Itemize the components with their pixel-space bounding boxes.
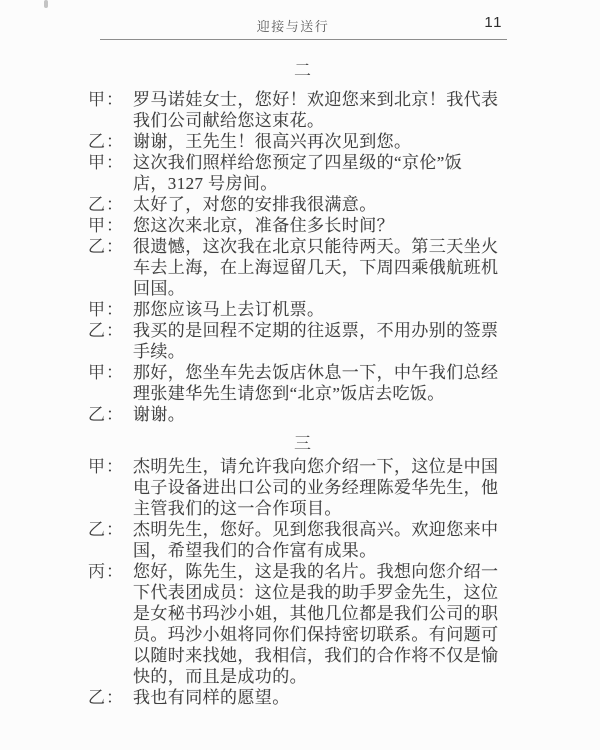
- dialogue-entry: 乙：我也有同样的愿望。: [88, 687, 512, 708]
- dialogue-line: 这次我们照样给您预定了四星级的“京伦”饭: [133, 152, 512, 173]
- speaker-label: 甲：: [88, 456, 133, 477]
- dialogue-line: 我也有同样的愿望。: [133, 687, 512, 708]
- scan-speck: [44, 0, 48, 8]
- dialogue-line: 主管我们的这一合作项目。: [133, 498, 512, 519]
- dialogue-line: 电子设备进出口公司的业务经理陈爱华先生，他: [133, 477, 512, 498]
- speaker-label: 乙：: [88, 519, 133, 540]
- dialogue-line: 手续。: [133, 341, 512, 362]
- section-marker: 三: [91, 433, 515, 454]
- section-marker: 二: [91, 60, 515, 81]
- dialogue-line: 杰明先生，您好。见到您我很高兴。欢迎您来中: [133, 519, 512, 540]
- speaker-label: 乙：: [88, 194, 133, 215]
- dialogue-line: 那好，您坐车先去饭店休息一下，中午我们总经: [133, 362, 512, 383]
- dialogue-line: 我买的是回程不定期的往返票，不用办别的签票: [133, 320, 512, 341]
- speaker-label: 甲：: [88, 215, 133, 236]
- speaker-label: 甲：: [88, 152, 133, 173]
- dialogue-entry: 乙：杰明先生，您好。见到您我很高兴。欢迎您来中国，希望我们的合作富有成果。: [88, 519, 512, 561]
- dialogue-line: 罗马诺娃女士，您好！欢迎您来到北京！我代表: [133, 89, 512, 110]
- dialogue-lines: 您这次来北京，准备住多长时间？: [133, 215, 512, 236]
- dialogue-line: 员。玛沙小姐将同你们保持密切联系。有问题可: [133, 624, 512, 645]
- dialogue-entry: 甲：那您应该马上去订机票。: [88, 299, 512, 320]
- dialogue-line: 店，3127 号房间。: [133, 173, 512, 194]
- dialogue-line: 那您应该马上去订机票。: [133, 299, 512, 320]
- dialogue-entry: 乙：谢谢。: [88, 404, 512, 425]
- dialogue-entry: 乙：太好了，对您的安排我很满意。: [88, 194, 512, 215]
- speaker-label: 乙：: [88, 236, 133, 257]
- speaker-label: 乙：: [88, 320, 133, 341]
- page-header: 迎接与送行 11: [0, 0, 600, 40]
- dialogue-line: 谢谢，王先生！很高兴再次见到您。: [133, 131, 512, 152]
- speaker-label: 甲：: [88, 299, 133, 320]
- dialogue-lines: 那您应该马上去订机票。: [133, 299, 512, 320]
- dialogue-entry: 丙：您好，陈先生，这是我的名片。我想向您介绍一下代表团成员：这位是我的助手罗金先…: [88, 561, 512, 687]
- dialogue-line: 以随时来找她，我相信，我们的合作将不仅是愉: [133, 645, 512, 666]
- dialogue-line: 杰明先生，请允许我向您介绍一下，这位是中国: [133, 456, 512, 477]
- header-rule: [100, 39, 507, 40]
- dialogue-entry: 甲：杰明先生，请允许我向您介绍一下，这位是中国电子设备进出口公司的业务经理陈爱华…: [88, 456, 512, 519]
- dialogue-line: 国，希望我们的合作富有成果。: [133, 540, 512, 561]
- dialogue-line: 谢谢。: [133, 404, 512, 425]
- dialogue-lines: 太好了，对您的安排我很满意。: [133, 194, 512, 215]
- dialogue-entry: 乙：我买的是回程不定期的往返票，不用办别的签票手续。: [88, 320, 512, 362]
- dialogue-line: 太好了，对您的安排我很满意。: [133, 194, 512, 215]
- dialogue-lines: 很遗憾，这次我在北京只能待两天。第三天坐火车去上海，在上海逗留几天，下周四乘俄航…: [133, 236, 512, 299]
- dialogue-section: 三甲：杰明先生，请允许我向您介绍一下，这位是中国电子设备进出口公司的业务经理陈爱…: [88, 433, 512, 708]
- dialogue-content: 二甲：罗马诺娃女士，您好！欢迎您来到北京！我代表我们公司献给您这束花。乙：谢谢，…: [0, 60, 600, 708]
- dialogue-entry: 甲：您这次来北京，准备住多长时间？: [88, 215, 512, 236]
- dialogue-line: 您这次来北京，准备住多长时间？: [133, 215, 512, 236]
- dialogue-line: 您好，陈先生，这是我的名片。我想向您介绍一: [133, 561, 512, 582]
- dialogue-entry: 乙：谢谢，王先生！很高兴再次见到您。: [88, 131, 512, 152]
- dialogue-line: 下代表团成员：这位是我的助手罗金先生，这位: [133, 582, 512, 603]
- dialogue-line: 车去上海，在上海逗留几天，下周四乘俄航班机: [133, 257, 512, 278]
- dialogue-line: 是女秘书玛沙小姐，其他几位都是我们公司的职: [133, 603, 512, 624]
- speaker-label: 甲：: [88, 89, 133, 110]
- speaker-label: 甲：: [88, 362, 133, 383]
- dialogue-entry: 乙：很遗憾，这次我在北京只能待两天。第三天坐火车去上海，在上海逗留几天，下周四乘…: [88, 236, 512, 299]
- dialogue-lines: 我也有同样的愿望。: [133, 687, 512, 708]
- page-number: 11: [484, 14, 503, 31]
- dialogue-lines: 这次我们照样给您预定了四星级的“京伦”饭店，3127 号房间。: [133, 152, 512, 194]
- speaker-label: 乙：: [88, 404, 133, 425]
- dialogue-lines: 杰明先生，您好。见到您我很高兴。欢迎您来中国，希望我们的合作富有成果。: [133, 519, 512, 561]
- dialogue-lines: 您好，陈先生，这是我的名片。我想向您介绍一下代表团成员：这位是我的助手罗金先生，…: [133, 561, 512, 687]
- dialogue-line: 很遗憾，这次我在北京只能待两天。第三天坐火: [133, 236, 512, 257]
- dialogue-line: 理张建华先生请您到“北京”饭店去吃饭。: [133, 383, 512, 404]
- dialogue-lines: 杰明先生，请允许我向您介绍一下，这位是中国电子设备进出口公司的业务经理陈爱华先生…: [133, 456, 512, 519]
- dialogue-line: 我们公司献给您这束花。: [133, 110, 512, 131]
- dialogue-lines: 谢谢，王先生！很高兴再次见到您。: [133, 131, 512, 152]
- dialogue-entry: 甲：罗马诺娃女士，您好！欢迎您来到北京！我代表我们公司献给您这束花。: [88, 89, 512, 131]
- dialogue-section: 二甲：罗马诺娃女士，您好！欢迎您来到北京！我代表我们公司献给您这束花。乙：谢谢，…: [88, 60, 512, 425]
- dialogue-line: 回国。: [133, 278, 512, 299]
- dialogue-lines: 那好，您坐车先去饭店休息一下，中午我们总经理张建华先生请您到“北京”饭店去吃饭。: [133, 362, 512, 404]
- dialogue-lines: 谢谢。: [133, 404, 512, 425]
- book-page: 迎接与送行 11 二甲：罗马诺娃女士，您好！欢迎您来到北京！我代表我们公司献给您…: [0, 0, 600, 750]
- dialogue-entry: 甲：这次我们照样给您预定了四星级的“京伦”饭店，3127 号房间。: [88, 152, 512, 194]
- dialogue-lines: 罗马诺娃女士，您好！欢迎您来到北京！我代表我们公司献给您这束花。: [133, 89, 512, 131]
- running-title: 迎接与送行: [0, 16, 593, 35]
- dialogue-entry: 甲：那好，您坐车先去饭店休息一下，中午我们总经理张建华先生请您到“北京”饭店去吃…: [88, 362, 512, 404]
- speaker-label: 乙：: [88, 687, 133, 708]
- speaker-label: 乙：: [88, 131, 133, 152]
- speaker-label: 丙：: [88, 561, 133, 582]
- dialogue-line: 快的，而且是成功的。: [133, 666, 512, 687]
- dialogue-lines: 我买的是回程不定期的往返票，不用办别的签票手续。: [133, 320, 512, 362]
